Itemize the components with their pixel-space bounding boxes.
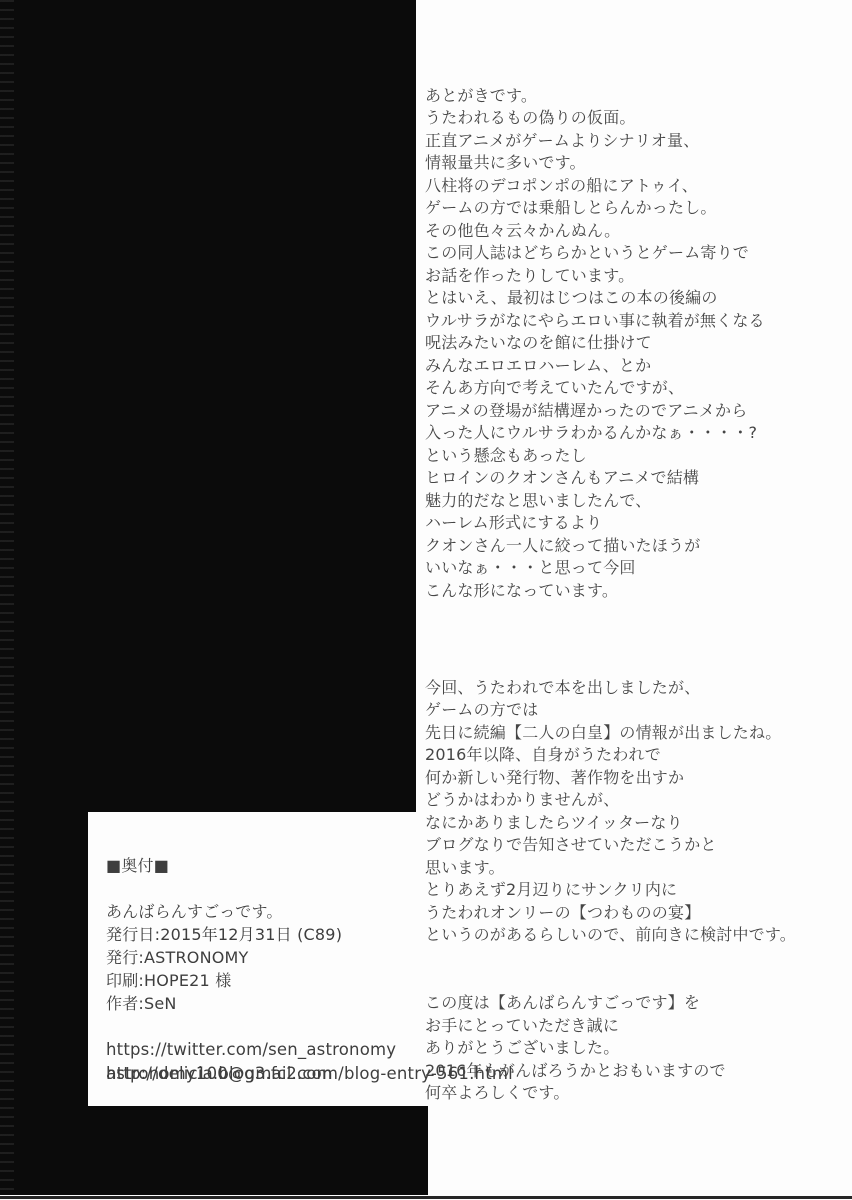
author-links-text: https://twitter.com/sen_astronomy http:/… xyxy=(106,1038,536,1085)
doujinshi-afterword-page: あとがきです。 うたわれるもの偽りの仮面。 正直アニメがゲームよりシナリオ量、 … xyxy=(0,0,852,1200)
bottom-edge-line xyxy=(0,1196,852,1199)
afterword-paragraph-1: あとがきです。 うたわれるもの偽りの仮面。 正直アニメがゲームよりシナリオ量、 … xyxy=(425,85,845,603)
colophon-heading: ■奥付■ xyxy=(106,854,416,877)
afterword-text-column: あとがきです。 うたわれるもの偽りの仮面。 正直アニメがゲームよりシナリオ量、 … xyxy=(425,62,845,1127)
scan-artifact-left-edge xyxy=(0,0,14,1195)
black-panel-bottom xyxy=(0,1106,428,1195)
black-panel-top-left xyxy=(0,0,416,812)
afterword-paragraph-2: 今回、うたわれで本を出しましたが、 ゲームの方では 先日に続編【二人の白皇】の情… xyxy=(425,677,845,947)
colophon-publication-details: あんばらんすごっです。 発行日:2015年12月31日 (C89) 発行:AST… xyxy=(106,900,416,1015)
